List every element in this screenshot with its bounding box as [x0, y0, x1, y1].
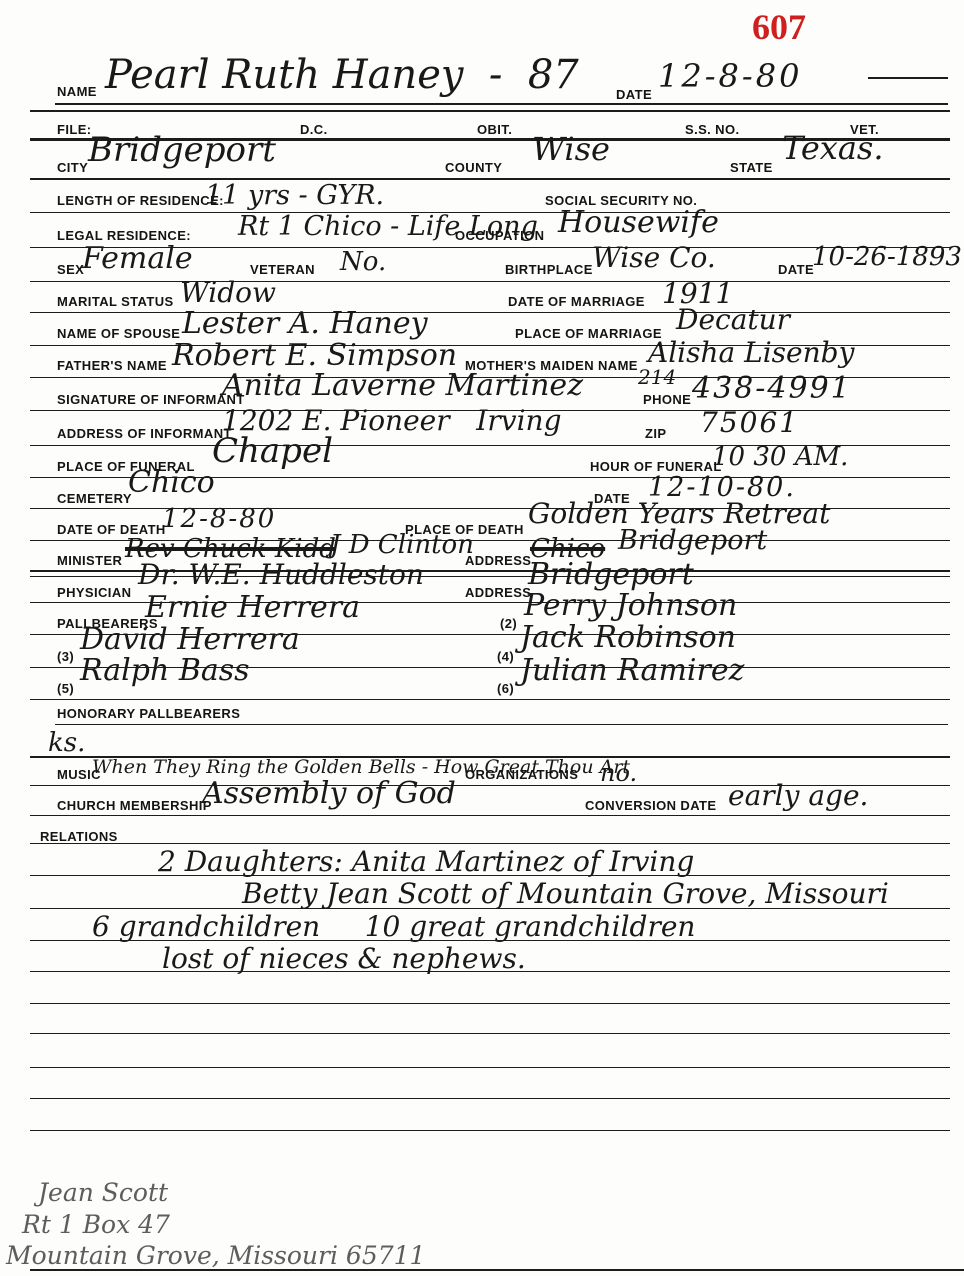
organizations-label: ORGANIZATIONS	[465, 767, 578, 782]
rule-line	[30, 1067, 950, 1068]
cemetery-label: CEMETERY	[57, 491, 132, 506]
physician-label: PHYSICIAN	[57, 585, 131, 600]
funeral-record-page: 607 NAME Pearl Ruth Haney - 87 DATE 12-8…	[0, 0, 964, 1276]
pallbearer3-value: David Herrera	[80, 625, 300, 655]
record-date-label: DATE	[616, 87, 652, 102]
state-label: STATE	[730, 160, 773, 175]
date-of-marriage-label: DATE OF MARRIAGE	[508, 294, 645, 309]
church-membership-label: CHURCH MEMBERSHIP	[57, 798, 212, 813]
county-label: COUNTY	[445, 160, 502, 175]
phone-area-code: 214	[638, 367, 676, 387]
page-number-stamp: 607	[752, 6, 806, 48]
relations-line-1: 2 Daughters: Anita Martinez of Irving	[158, 848, 694, 876]
pallbearer3-number: (3)	[57, 649, 74, 664]
rule-line	[30, 1033, 950, 1034]
rule-line	[30, 110, 950, 112]
pallbearer6-number: (6)	[497, 681, 514, 696]
birth-date-label: DATE	[778, 262, 814, 277]
cemetery-value: Chico	[128, 468, 215, 498]
occupation-label: OCCUPATION	[455, 228, 544, 243]
rule-line	[868, 77, 948, 79]
signature-of-informant-value: Anita Laverne Martinez	[222, 371, 583, 401]
length-of-residence-label: LENGTH OF RESIDENCE:	[57, 193, 224, 208]
minister-address-value: Bridgeport	[618, 527, 767, 554]
relations-line-4: lost of nieces & nephews.	[162, 945, 526, 973]
pallbearer4-value: Jack Robinson	[520, 623, 736, 653]
church-membership-value: Assembly of God	[202, 779, 456, 809]
physician-address-value: Bridgeport	[528, 560, 694, 590]
honorary-pallbearers-value: ks.	[48, 730, 85, 756]
pallbearer5-number: (5)	[57, 681, 74, 696]
honorary-pallbearers-label: HONORARY PALLBEARERS	[57, 706, 240, 721]
pallbearer5-value: Ralph Bass	[80, 656, 250, 686]
marital-status-label: MARITAL STATUS	[57, 294, 174, 309]
phone-value: 438-4991	[692, 374, 852, 404]
pallbearer2-number: (2)	[500, 616, 517, 631]
conversion-date-value: early age.	[728, 782, 868, 810]
birthplace-value: Wise Co.	[592, 244, 716, 272]
rule-line	[30, 178, 950, 180]
place-of-death-value: Golden Years Retreat	[528, 500, 830, 528]
rule-line	[30, 843, 950, 844]
obit-label: OBIT.	[477, 122, 512, 137]
ssno-label: S.S. NO.	[685, 122, 740, 137]
pallbearer2-value: Perry Johnson	[524, 591, 737, 621]
veteran-value: No.	[340, 249, 386, 275]
zip-value: 75061	[700, 409, 799, 437]
address-of-informant-label: ADDRESS OF INFORMANT	[57, 426, 232, 441]
rule-line	[30, 699, 950, 700]
sex-label: SEX	[57, 262, 84, 277]
place-of-funeral-value: Chapel	[212, 434, 333, 468]
conversion-date-label: CONVERSION DATE	[585, 798, 716, 813]
rule-line	[55, 724, 948, 725]
file-label: FILE:	[57, 122, 92, 137]
name-of-spouse-label: NAME OF SPOUSE	[57, 326, 180, 341]
hour-of-funeral-value: 10 30 AM.	[712, 444, 848, 470]
pallbearer1-value: Ernie Herrera	[145, 593, 360, 623]
fathers-name-value: Robert E. Simpson	[172, 341, 457, 371]
footer-note-line-1: Jean Scott	[38, 1180, 168, 1205]
pallbearer6-value: Julian Ramirez	[520, 656, 744, 686]
signature-of-informant-label: SIGNATURE OF INFORMANT	[57, 392, 245, 407]
organizations-value: no.	[600, 761, 637, 785]
rule-line	[30, 281, 950, 282]
footer-note-line-3: Mountain Grove, Missouri 65711	[6, 1243, 425, 1268]
relations-label: RELATIONS	[40, 829, 118, 844]
marital-status-value: Widow	[180, 279, 276, 307]
length-of-residence-value: 11 yrs - GYR.	[205, 182, 384, 209]
record-date-value: 12-8-80	[658, 60, 802, 92]
fathers-name-label: FATHER'S NAME	[57, 358, 167, 373]
name-of-spouse-value: Lester A. Haney	[182, 309, 428, 339]
county-value: Wise	[532, 133, 610, 165]
sex-value: Female	[82, 244, 193, 274]
veteran-label: VETERAN	[250, 262, 315, 277]
relations-line-2: Betty Jean Scott of Mountain Grove, Miss…	[242, 880, 889, 908]
name-label: NAME	[57, 84, 97, 99]
minister-address-label: ADDRESS	[465, 553, 531, 568]
footer-note-line-2: Rt 1 Box 47	[22, 1212, 170, 1237]
rule-line	[30, 1130, 950, 1131]
minister-label: MINISTER	[57, 553, 122, 568]
minister-value: J D Clinton	[330, 532, 474, 558]
rule-line	[30, 1003, 950, 1004]
dc-label: D.C.	[300, 122, 328, 137]
birth-date-value: 10-26-1893	[812, 244, 962, 270]
state-value: Texas.	[782, 132, 884, 164]
physician-value: Dr. W.E. Huddleston	[138, 561, 424, 589]
city-label: CITY	[57, 160, 88, 175]
date-of-death-value: 12-8-80	[162, 506, 276, 532]
zip-label: ZIP	[645, 426, 666, 441]
phone-label: PHONE	[643, 392, 691, 407]
place-of-marriage-value: Decatur	[676, 306, 790, 334]
name-value: Pearl Ruth Haney - 87	[105, 55, 579, 95]
occupation-value: Housewife	[558, 208, 719, 238]
relations-line-3: 6 grandchildren 10 great grandchildren	[92, 913, 695, 941]
rule-line	[30, 312, 950, 313]
physician-address-label: ADDRESS	[465, 585, 531, 600]
city-value: Bridgeport	[88, 133, 276, 167]
place-of-marriage-label: PLACE OF MARRIAGE	[515, 326, 662, 341]
rule-line	[55, 103, 948, 105]
mothers-maiden-name-value: Alisha Lisenby	[648, 339, 854, 367]
rule-line	[30, 1098, 950, 1099]
rule-line	[30, 815, 950, 816]
pallbearer4-number: (4)	[497, 649, 514, 664]
birthplace-label: BIRTHPLACE	[505, 262, 593, 277]
